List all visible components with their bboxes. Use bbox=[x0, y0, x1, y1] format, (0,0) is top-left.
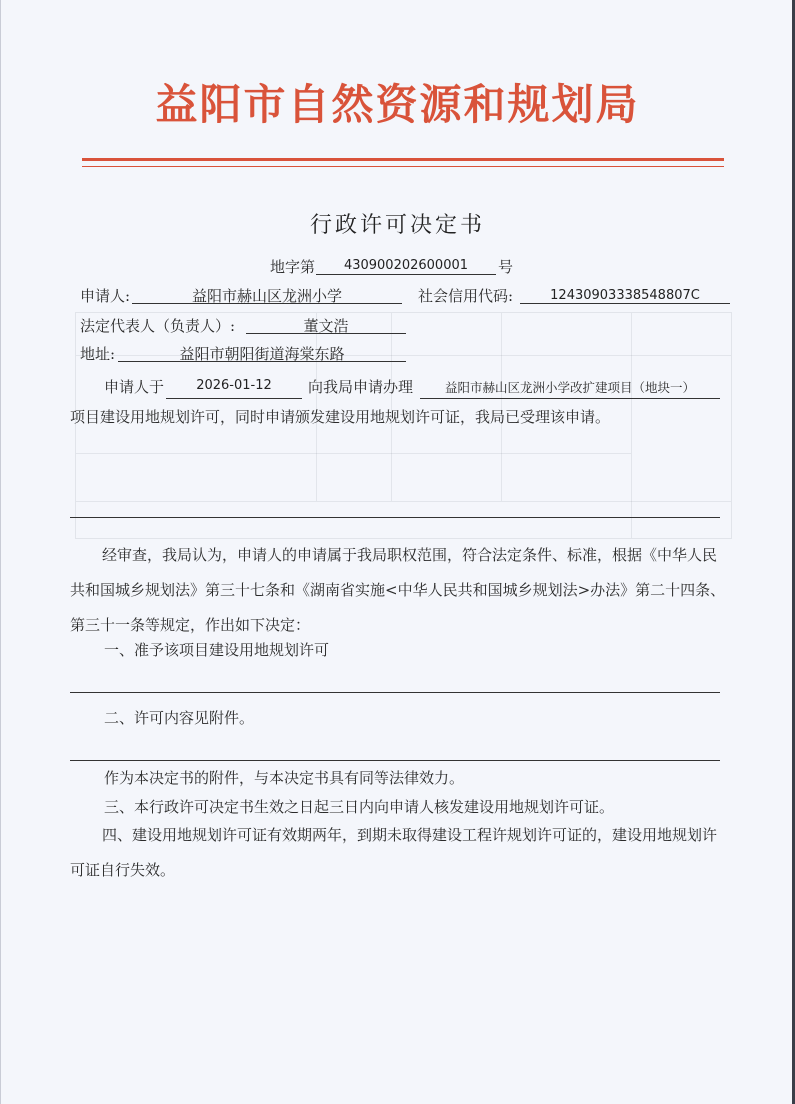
legal-rep-underline bbox=[246, 333, 406, 334]
blank-fill-line bbox=[70, 517, 720, 518]
application-date: 2026-01-12 bbox=[166, 378, 302, 393]
decision-item-4: 四、建设用地规划许可证有效期两年，到期未取得建设工程许规划许可证的，建设用地规划… bbox=[70, 826, 717, 879]
item-2-fill-line bbox=[70, 760, 720, 761]
letterhead-rule-thick bbox=[82, 158, 724, 161]
legal-rep-label: 法定代表人（负责人）: bbox=[80, 315, 235, 336]
credit-code-value: 12430903338548807C bbox=[520, 288, 730, 303]
credit-code-underline bbox=[520, 303, 730, 304]
application-prefix: 申请人于 bbox=[104, 376, 164, 397]
reference-suffix: 号 bbox=[498, 256, 513, 277]
item-1-fill-line bbox=[70, 692, 720, 693]
agency-letterhead: 益阳市自然资源和规划局 bbox=[0, 72, 795, 132]
reference-prefix: 地字第 bbox=[270, 256, 315, 277]
decision-item-2: 二、许可内容见附件。 bbox=[104, 707, 254, 728]
address-underline bbox=[118, 361, 406, 362]
credit-code-label: 社会信用代码: bbox=[418, 285, 513, 306]
project-name: 益阳市赫山区龙洲小学改扩建项目（地块一） bbox=[420, 378, 720, 396]
document-title: 行政许可决定书 bbox=[0, 208, 795, 239]
applicant-label: 申请人: bbox=[80, 285, 130, 306]
application-date-underline bbox=[166, 398, 302, 399]
review-paragraph: 经审查，我局认为，申请人的申请属于我局职权范围，符合法定条件、标准，根据《中华人… bbox=[70, 538, 730, 643]
decision-item-3: 三、本行政许可决定书生效之日起三日内向申请人核发建设用地规划许可证。 bbox=[104, 796, 614, 817]
attachment-note: 作为本决定书的附件，与本决定书具有同等法律效力。 bbox=[104, 767, 464, 788]
application-middle: 向我局申请办理 bbox=[308, 376, 413, 397]
decision-item-1: 一、准予该项目建设用地规划许可 bbox=[104, 639, 329, 660]
project-underline bbox=[420, 398, 720, 399]
applicant-underline bbox=[132, 303, 402, 304]
review-text: 经审查，我局认为，申请人的申请属于我局职权范围，符合法定条件、标准，根据《中华人… bbox=[70, 546, 725, 634]
application-continuation: 项目建设用地规划许可，同时申请颁发建设用地规划许可证，我局已受理该申请。 bbox=[70, 406, 610, 427]
reference-underline bbox=[316, 274, 496, 275]
decision-item-4-paragraph: 四、建设用地规划许可证有效期两年，到期未取得建设工程许规划许可证的，建设用地规划… bbox=[70, 818, 730, 888]
address-label: 地址: bbox=[80, 343, 115, 364]
letterhead-rule-thin bbox=[82, 166, 724, 167]
reference-number: 430900202600001 bbox=[316, 258, 496, 273]
page-edge bbox=[0, 0, 1, 1104]
